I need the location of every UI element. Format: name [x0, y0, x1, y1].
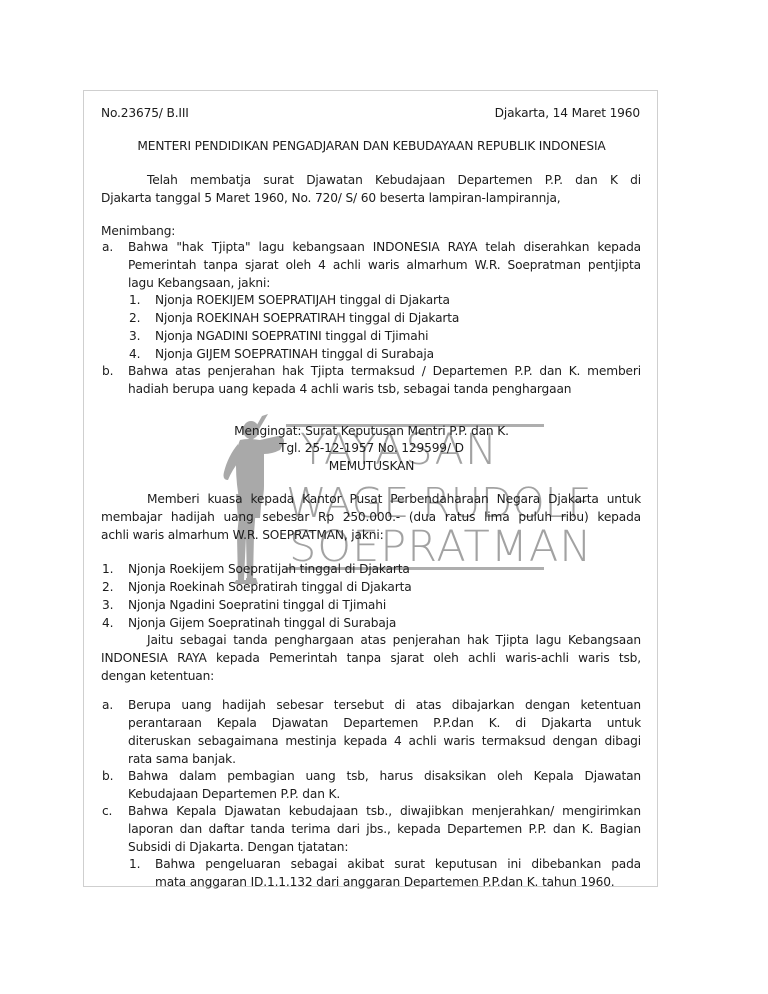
heir-upper-3-marker: 3.: [129, 327, 140, 345]
note-1-line-1: Bahwa pengeluaran sebagai akibat surat k…: [155, 855, 641, 873]
provision-c-line-2: laporan dan daftar tanda terima dari jbs…: [128, 820, 641, 838]
mengingat-line-2: Tgl. 25-12-1957 No. 129599/ D: [101, 439, 642, 457]
menimbang-a-line-3: lagu Kebangsaan, jakni:: [128, 274, 270, 292]
mengingat-line-1: Mengingat: Surat Keputusan Mentri P.P. d…: [101, 422, 642, 440]
letter-place-date: Djakarta, 14 Maret 1960: [480, 104, 640, 122]
provision-a-line-3: diteruskan sebagaimana mestinja kepada 4…: [128, 732, 641, 750]
grant-line-2: membajar hadijah uang sebesar Rp 250.000…: [101, 508, 641, 526]
heir-upper-4: Njonja GIJEM SOEPRATINAH tinggal di Sura…: [155, 345, 434, 363]
menimbang-b-line-2: hadiah berupa uang kepada 4 achli waris …: [128, 380, 571, 398]
heir-upper-4-marker: 4.: [129, 345, 140, 363]
provision-a-line-2: perantaraan Kepala Djawatan Departemen P…: [128, 714, 641, 732]
provision-a-marker: a.: [102, 696, 113, 714]
heir-lower-2: Njonja Roekinah Soepratirah tinggal di D…: [128, 578, 412, 596]
menimbang-b-line-1: Bahwa atas penjerahan hak Tjipta termaks…: [128, 362, 641, 380]
letter-number: No.23675/ B.III: [101, 104, 189, 122]
grant-line-1: Memberi kuasa kepada Kantor Pusat Perben…: [147, 490, 641, 508]
note-1-marker: 1.: [129, 855, 140, 873]
heir-upper-1: Njonja ROEKIJEM SOEPRATIJAH tinggal di D…: [155, 291, 450, 309]
document-title: MENTERI PENDIDIKAN PENGADJARAN DAN KEBUD…: [101, 137, 642, 155]
intro-line-2: Djakarta tanggal 5 Maret 1960, No. 720/ …: [101, 189, 561, 207]
heir-upper-3: Njonja NGADINI SOEPRATINI tinggal di Tji…: [155, 327, 428, 345]
provision-c-line-3: Subsidi di Djakarta. Dengan tjatatan:: [128, 838, 348, 856]
provision-b-marker: b.: [102, 767, 113, 785]
heir-upper-1-marker: 1.: [129, 291, 140, 309]
provision-b-line-2: Kebudajaan Departemen P.P. dan K.: [128, 785, 340, 803]
heir-lower-3-marker: 3.: [102, 596, 113, 614]
heir-lower-1: Njonja Roekijem Soepratijah tinggal di D…: [128, 560, 410, 578]
menimbang-a-line-1: Bahwa "hak Tjipta" lagu kebangsaan INDON…: [128, 238, 641, 256]
provision-a-line-4: rata sama banjak.: [128, 750, 236, 768]
heir-lower-4-marker: 4.: [102, 614, 113, 632]
heir-upper-2: Njonja ROEKINAH SOEPRATIRAH tinggal di D…: [155, 309, 459, 327]
heir-lower-3: Njonja Ngadini Soepratini tinggal di Tji…: [128, 596, 386, 614]
provision-b-line-1: Bahwa dalam pembagian uang tsb, harus di…: [128, 767, 641, 785]
grant-line-3: achli waris almarhum W.R. SOEPRATMAN, ja…: [101, 526, 384, 544]
heir-lower-2-marker: 2.: [102, 578, 113, 596]
heir-upper-2-marker: 2.: [129, 309, 140, 327]
heir-lower-4: Njonja Gijem Soepratinah tinggal di Sura…: [128, 614, 396, 632]
decision-heading: MEMUTUSKAN: [101, 457, 642, 475]
menimbang-a-marker: a.: [102, 238, 113, 256]
purpose-line-3: dengan ketentuan:: [101, 667, 214, 685]
menimbang-a-line-2: Pemerintah tanpa sjarat oleh 4 achli war…: [128, 256, 641, 274]
purpose-line-2: INDONESIA RAYA kepada Pemerintah tanpa s…: [101, 649, 641, 667]
note-1-line-2: mata anggaran ID.1.1.132 dari anggaran D…: [155, 873, 615, 891]
provision-a-line-1: Berupa uang hadijah sebesar tersebut di …: [128, 696, 641, 714]
menimbang-b-marker: b.: [102, 362, 113, 380]
provision-c-marker: c.: [102, 802, 112, 820]
purpose-line-1: Jaitu sebagai tanda penghargaan atas pen…: [147, 631, 641, 649]
heir-lower-1-marker: 1.: [102, 560, 113, 578]
provision-c-line-1: Bahwa Kepala Djawatan kebudajaan tsb., d…: [128, 802, 641, 820]
intro-line-1: Telah membatja surat Djawatan Kebudajaan…: [147, 171, 641, 189]
